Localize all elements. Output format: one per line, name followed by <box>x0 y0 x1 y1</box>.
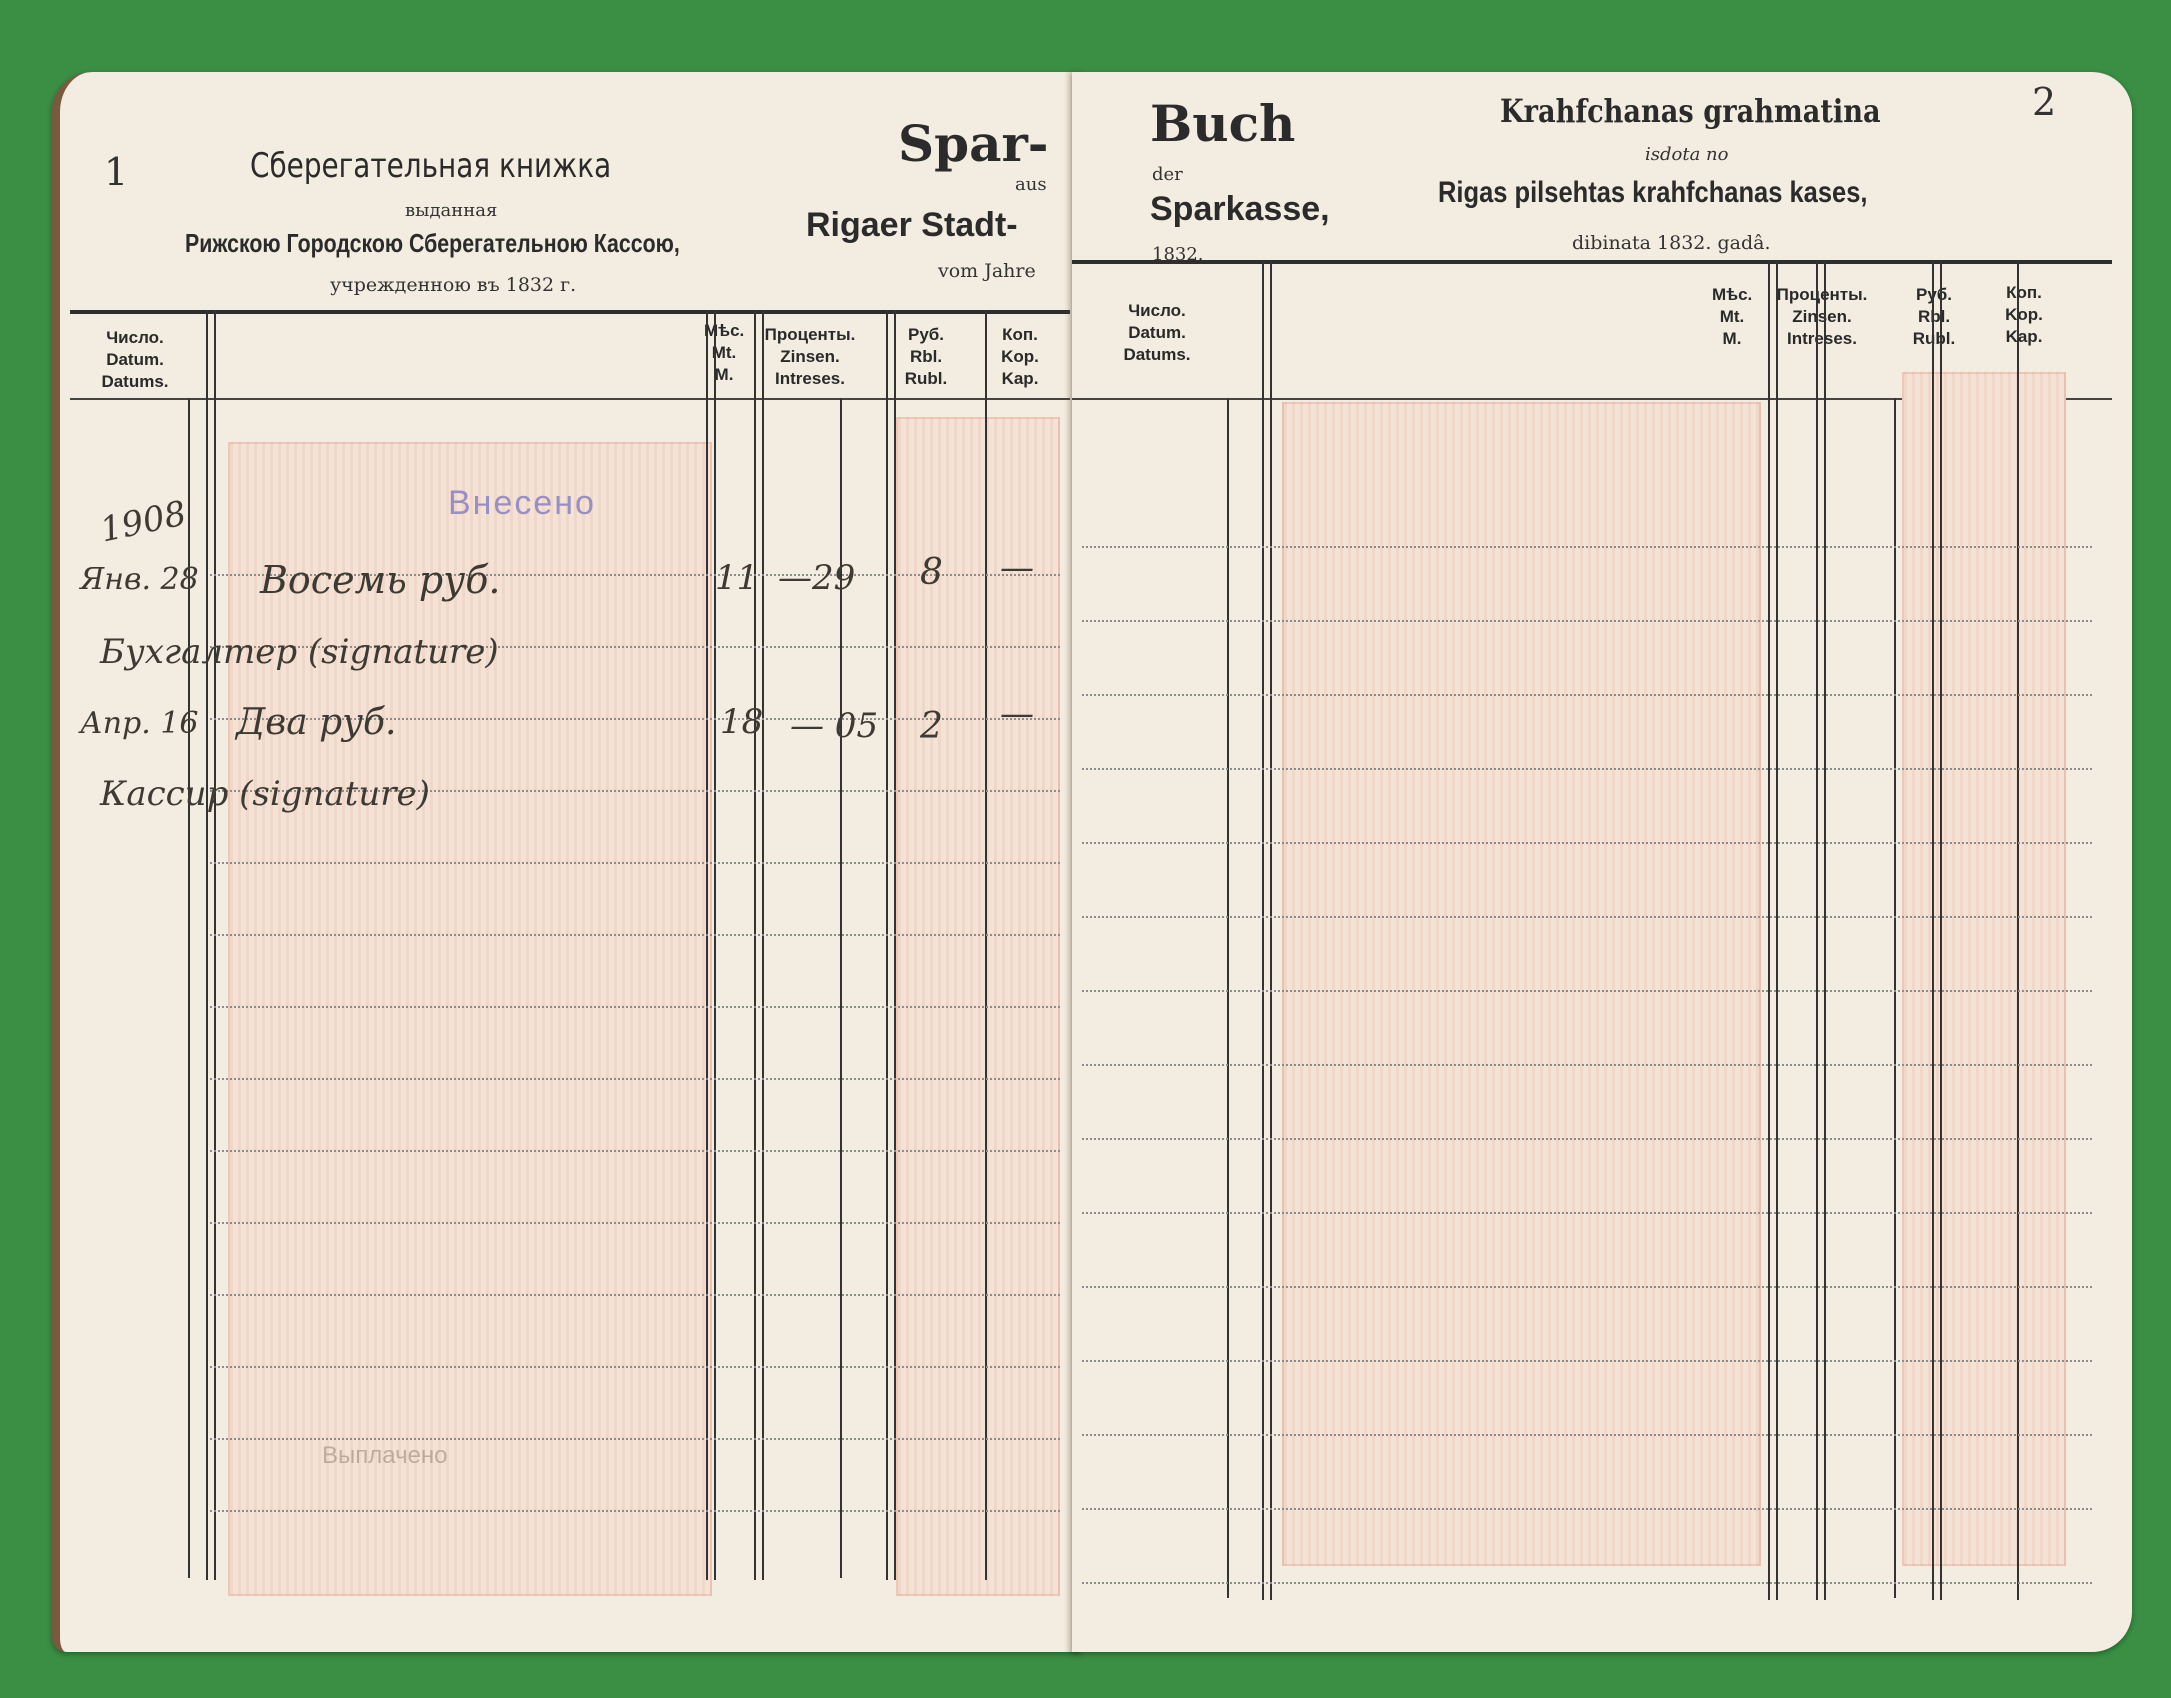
der-label: der <box>1152 164 1183 185</box>
row-line <box>1082 1508 2092 1510</box>
row-line <box>210 1078 1060 1080</box>
entry-month: 11 <box>715 558 758 598</box>
row-line <box>1082 842 2092 844</box>
bank-de-part2: Sparkasse, <box>1150 190 1330 229</box>
row-line <box>1082 1286 2092 1288</box>
security-pattern <box>228 442 712 1596</box>
entry-signature: Кассир (signature) <box>100 774 430 814</box>
row-line <box>210 1222 1060 1224</box>
entry-rubles: 2 <box>920 706 943 747</box>
vom-jahre-label: vom Jahre <box>938 260 1036 282</box>
entry-year: 1908 <box>97 493 190 550</box>
founded-lv: dibinata 1832. gadâ. <box>1572 232 1771 254</box>
entry-date: Янв. 28 <box>80 562 199 597</box>
row-line <box>1082 1212 2092 1214</box>
row-line <box>210 1150 1060 1152</box>
column-divider <box>1894 398 1896 1598</box>
row-line <box>210 1510 1060 1512</box>
row-line <box>1082 620 2092 622</box>
header-bottom-rule <box>70 398 1070 400</box>
row-line <box>1082 1064 2092 1066</box>
deposited-stamp: Внесено <box>448 484 596 523</box>
entry-text: Восемь руб. <box>260 558 501 602</box>
entry-signature: Бухгалтер (signature) <box>100 632 499 672</box>
row-line <box>1082 768 2092 770</box>
faint-stamp: Выплачено <box>322 1442 448 1470</box>
row-line <box>210 1294 1060 1296</box>
column-divider <box>886 310 896 1580</box>
column-date: Число.Datum.Datums. <box>70 327 200 393</box>
row-line <box>1082 916 2092 918</box>
header-rule <box>70 310 1070 314</box>
issued-ru: выданная <box>405 200 497 221</box>
row-line <box>210 934 1060 936</box>
column-rubles: Руб.Rbl.Rubl. <box>886 324 966 390</box>
column-divider <box>1932 260 1942 1600</box>
issued-lv: isdota no <box>1645 144 1728 165</box>
bank-name-lv: Rigas pilsehtas krahfchanas kases, <box>1438 176 1867 210</box>
row-line <box>1082 1138 2092 1140</box>
entry-kopecks: — <box>1000 548 1034 588</box>
entry-month: 18 <box>720 702 763 742</box>
entry-interest: — 05 <box>790 706 878 746</box>
row-line <box>1082 694 2092 696</box>
entry-rubles: 8 <box>920 552 943 593</box>
title-de-part2: Buch <box>1150 94 1295 153</box>
column-divider <box>1227 398 1229 1598</box>
column-divider <box>1262 260 1272 1600</box>
title-ru: Сберегательная книжка <box>250 146 611 186</box>
bank-de-part1: Rigaer Stadt- <box>806 206 1018 245</box>
title-lv: Krahfchanas grahmatina <box>1500 92 1881 130</box>
page-number: 2 <box>2032 80 2056 124</box>
row-line <box>210 1366 1060 1368</box>
title-de-part1: Spar- <box>898 114 1049 173</box>
row-line <box>1082 1434 2092 1436</box>
savings-book: 1 Сберегательная книжка выданная Рижскою… <box>52 72 2132 1652</box>
founded-ru: учрежденною въ 1832 г. <box>330 274 576 296</box>
entry-interest: —29 <box>778 558 855 598</box>
entry-text: Два руб. <box>236 702 396 743</box>
column-divider <box>206 310 216 1580</box>
security-pattern <box>1902 372 2066 1566</box>
page-number: 1 <box>104 150 128 194</box>
row-line <box>1082 546 2092 548</box>
row-line <box>1082 990 2092 992</box>
column-kopecks: Коп.Kop.Kap. <box>1984 282 2064 348</box>
row-line <box>1082 1360 2092 1362</box>
right-page: Buch der Sparkasse, 1832. Krahfchanas gr… <box>1072 72 2132 1652</box>
column-month: Мѣс.Mt.M. <box>1712 284 1752 350</box>
column-divider <box>706 310 716 1580</box>
entry-kopecks: — <box>1000 694 1034 734</box>
column-interest: Проценты.Zinsen.Intreses. <box>750 324 870 390</box>
aus-label: aus <box>1015 174 1047 195</box>
entry-date: Апр. 16 <box>80 706 199 741</box>
column-divider <box>2017 260 2019 1600</box>
security-pattern <box>1282 402 1761 1566</box>
column-divider <box>1768 260 1778 1600</box>
bank-name-ru: Рижскою Городскою Сберегательною Кассою, <box>185 228 680 259</box>
row-line <box>1082 1582 2092 1584</box>
row-line <box>210 862 1060 864</box>
left-page: 1 Сберегательная книжка выданная Рижскою… <box>52 72 1080 1652</box>
header-rule <box>1072 260 2112 264</box>
row-line <box>210 1006 1060 1008</box>
column-divider <box>1816 260 1826 1600</box>
column-date: Число.Datum.Datums. <box>1092 300 1222 366</box>
column-divider <box>754 310 764 1580</box>
column-divider <box>985 310 987 1580</box>
row-line <box>210 1438 1060 1440</box>
column-kopecks: Коп.Kop.Kap. <box>980 324 1060 390</box>
